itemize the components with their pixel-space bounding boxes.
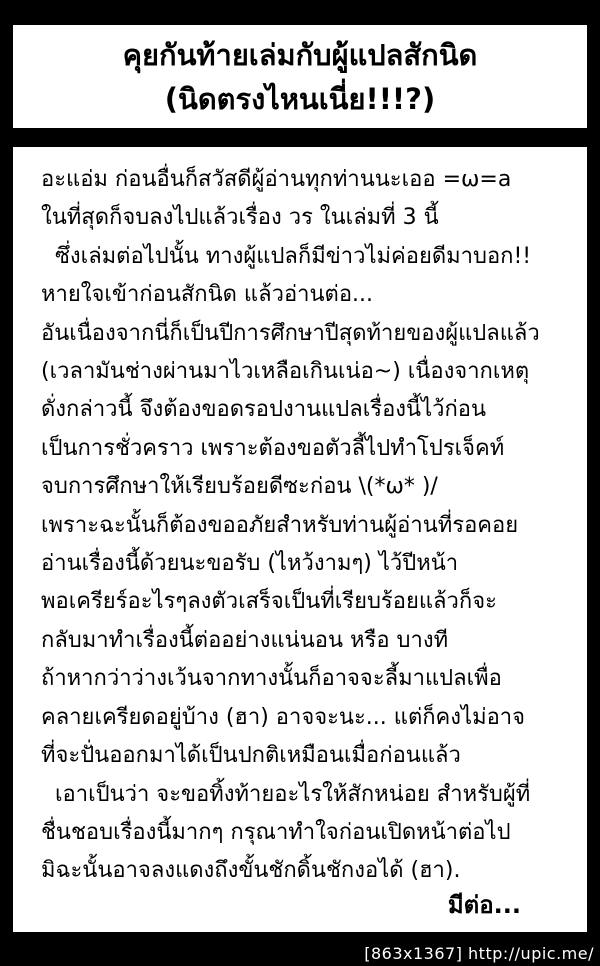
body-line: จบการศึกษาให้เรียบร้อยดีซะก่อน \(*ω* )/ — [41, 468, 575, 506]
title-line-1: คุยกันท้ายเล่มกับผู้แปลสักนิด — [123, 33, 478, 77]
body-line: เพราะฉะนั้นก็ต้องขออภัยสำหรับท่านผู้อ่าน… — [41, 507, 575, 545]
body-line: ในที่สุดก็จบลงไปแล้วเรื่อง วร ในเล่มที่ … — [41, 199, 575, 237]
body-line: เป็นการชั่วคราว เพราะต้องขอตัวลี้ไปทำโปร… — [41, 430, 575, 468]
body-line: ชื่นชอบเรื่องนี้มากๆ กรุณาทำใจก่อนเปิดหน… — [41, 814, 575, 852]
translator-note-body-box: อะแอ่ม ก่อนอื่นก็สวัสดีผู้อ่านทุกท่านนะเ… — [13, 147, 587, 932]
body-line: ถ้าหากว่าว่างเว้นจากทางนั้นก็อาจจะลี้มาแ… — [41, 660, 575, 698]
body-line: เอาเป็นว่า จะขอทิ้งท้ายอะไรให้สักหน่อย ส… — [41, 776, 575, 814]
body-line: อ่านเรื่องนี้ด้วยนะขอรับ (ไหว้งามๆ) ไว้ป… — [41, 545, 575, 583]
body-line: อะแอ่ม ก่อนอื่นก็สวัสดีผู้อ่านทุกท่านนะเ… — [41, 161, 575, 199]
body-line: หายใจเข้าก่อนสักนิด แล้วอ่านต่อ... — [41, 276, 575, 314]
body-line: คลายเครียดอยู่บ้าง (ฮา) อาจจะนะ... แต่ก็… — [41, 699, 575, 737]
to-be-continued-label: มีต่อ... — [448, 885, 521, 924]
title-line-2: (นิดตรงไหนเนี่ย!!!?) — [165, 77, 436, 121]
body-line: กลับมาทำเรื่องนี้ต่ออย่างแน่นอน หรือ บาง… — [41, 622, 575, 660]
body-line: พอเครียร์อะไรๆลงตัวเสร็จเป็นที่เรียบร้อย… — [41, 583, 575, 621]
upic-watermark: [863x1367] http://upic.me/ — [364, 944, 594, 963]
body-line: ที่จะปั่นออกมาได้เป็นปกติเหมือนเมื่อก่อน… — [41, 737, 575, 775]
translator-note-title-box: คุยกันท้ายเล่มกับผู้แปลสักนิด (นิดตรงไหน… — [13, 25, 587, 128]
body-line: ดั่งกล่าวนี้ จึงต้องขอดรอปงานแปลเรื่องนี… — [41, 391, 575, 429]
body-line: อันเนื่องจากนี่ก็เป็นปีการศึกษาปีสุดท้าย… — [41, 315, 575, 353]
body-line: (เวลามันช่างผ่านมาไวเหลือเกินเน่อ~) เนื่… — [41, 353, 575, 391]
body-line: ซึ่งเล่มต่อไปนั้น ทางผู้แปลก็มีข่าวไม่ค่… — [41, 238, 575, 276]
